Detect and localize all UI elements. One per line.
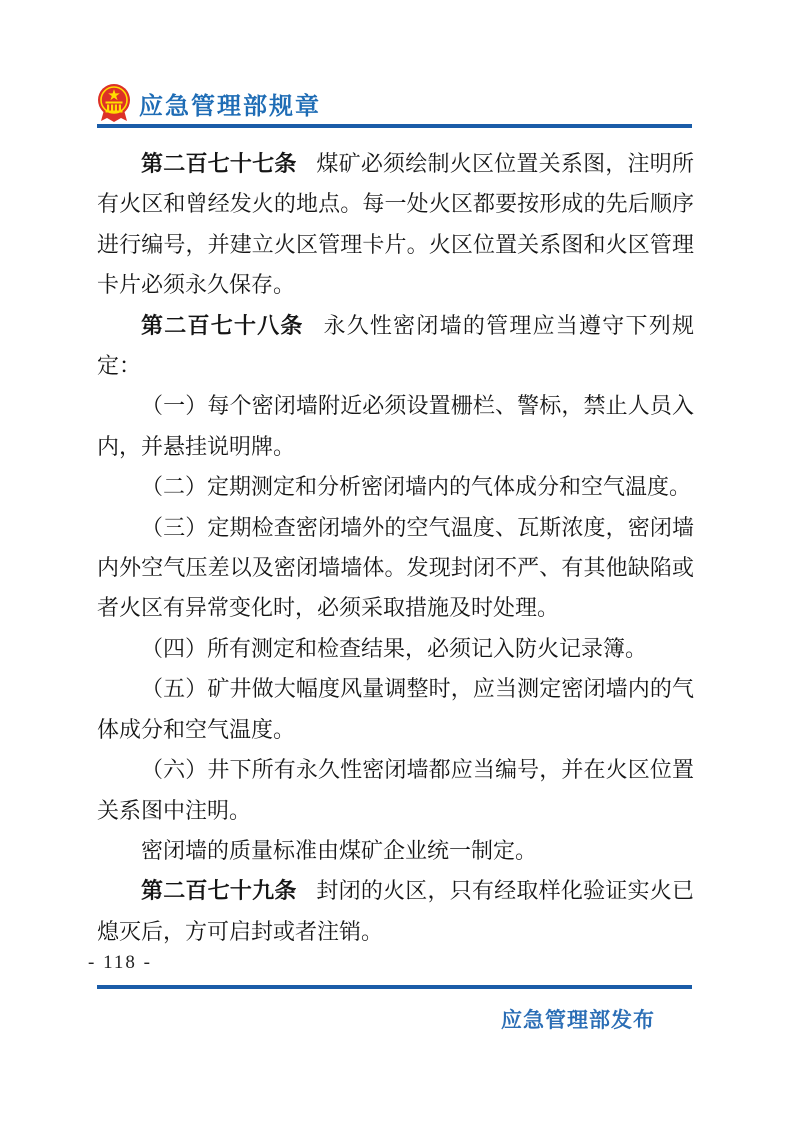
national-emblem-icon <box>96 83 132 123</box>
paragraph: （五）矿井做大幅度风量调整时，应当测定密闭墙内的气体成分和空气温度。 <box>97 669 694 750</box>
footer-divider <box>97 985 692 989</box>
page-header: 应急管理部规章 <box>96 82 321 124</box>
paragraph: 第二百七十九条封闭的火区，只有经取样化验证实火已熄灭后，方可启封或者注销。 <box>97 871 694 952</box>
paragraph: （一）每个密闭墙附近必须设置栅栏、警标，禁止人员入内，并悬挂说明牌。 <box>97 386 694 467</box>
article-text: （五）矿井做大幅度风量调整时，应当测定密闭墙内的气体成分和空气温度。 <box>97 676 694 741</box>
paragraph: 第二百七十七条煤矿必须绘制火区位置关系图，注明所有火区和曾经发火的地点。每一处火… <box>97 144 694 306</box>
page-number: - 118 - <box>88 952 152 974</box>
header-title: 应急管理部规章 <box>139 86 321 121</box>
article-text: （三）定期检查密闭墙外的空气温度、瓦斯浓度，密闭墙内外空气压差以及密闭墙墙体。发… <box>97 515 694 621</box>
article-text: 密闭墙的质量标准由煤矿企业统一制定。 <box>141 838 537 863</box>
paragraph: （六）井下所有永久性密闭墙都应当编号，并在火区位置关系图中注明。 <box>97 750 694 831</box>
document-body: 第二百七十七条煤矿必须绘制火区位置关系图，注明所有火区和曾经发火的地点。每一处火… <box>97 144 694 952</box>
article-text: （一）每个密闭墙附近必须设置栅栏、警标，禁止人员入内，并悬挂说明牌。 <box>97 393 694 458</box>
paragraph: （四）所有测定和检查结果，必须记入防火记录簿。 <box>97 629 694 669</box>
header-divider <box>97 124 692 128</box>
article-number: 第二百七十九条 <box>141 878 297 903</box>
paragraph: 密闭墙的质量标准由煤矿企业统一制定。 <box>97 831 694 871</box>
article-number: 第二百七十七条 <box>141 151 297 176</box>
article-text: （二）定期测定和分析密闭墙内的气体成分和空气温度。 <box>141 474 691 499</box>
article-text: （四）所有测定和检查结果，必须记入防火记录簿。 <box>141 636 647 661</box>
paragraph: （三）定期检查密闭墙外的空气温度、瓦斯浓度，密闭墙内外空气压差以及密闭墙墙体。发… <box>97 508 694 629</box>
paragraph: （二）定期测定和分析密闭墙内的气体成分和空气温度。 <box>97 467 694 507</box>
paragraph: 第二百七十八条永久性密闭墙的管理应当遵守下列规定： <box>97 306 694 387</box>
article-text: （六）井下所有永久性密闭墙都应当编号，并在火区位置关系图中注明。 <box>97 757 694 822</box>
article-number: 第二百七十八条 <box>141 313 304 338</box>
publisher-label: 应急管理部发布 <box>501 1004 655 1034</box>
document-page: 应急管理部规章 第二百七十七条煤矿必须绘制火区位置关系图，注明所有火区和曾经发火… <box>0 0 793 1122</box>
